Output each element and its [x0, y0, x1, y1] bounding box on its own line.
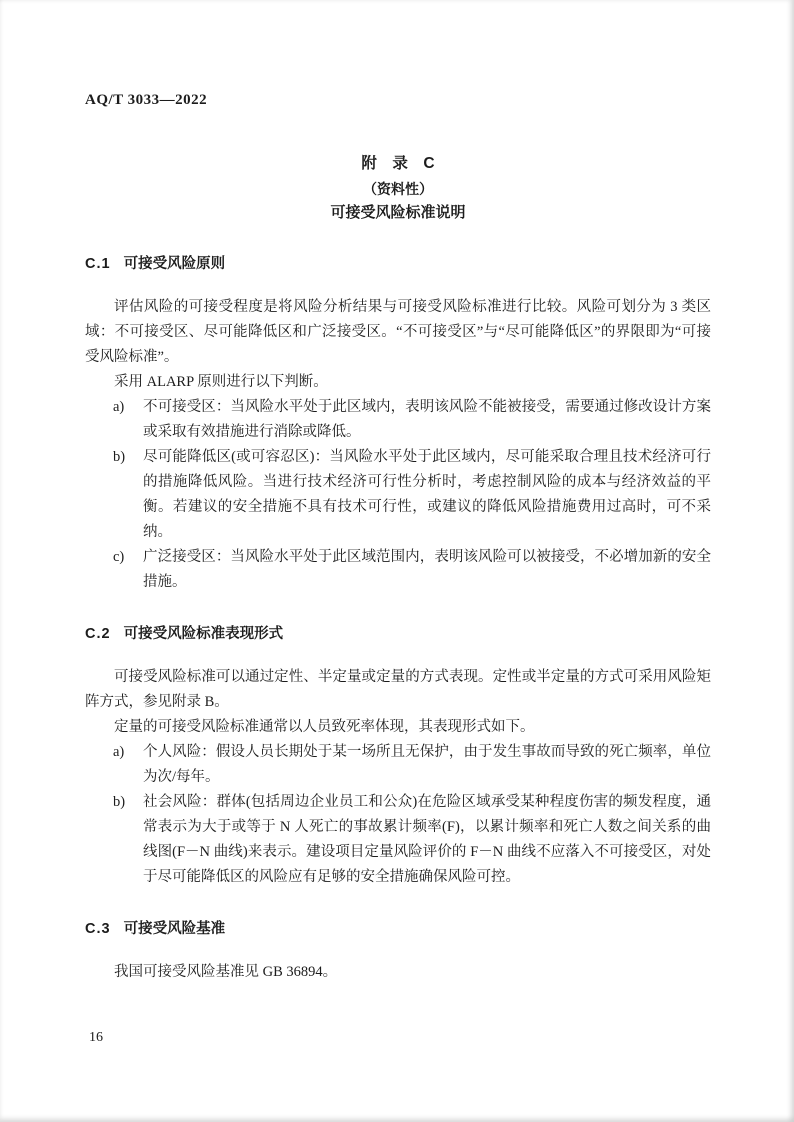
section-c2-heading: C.2可接受风险标准表现形式 [85, 625, 711, 643]
paragraph: 定量的可接受风险标准通常以人员致死率体现，其表现形式如下。 [85, 715, 711, 740]
paragraph: 可接受风险标准可以通过定性、半定量或定量的方式表现。定性或半定量的方式可采用风险… [85, 665, 711, 715]
list-marker: b) [113, 790, 125, 815]
list-item-text: 个人风险：假设人员长期处于某一场所且无保护，由于发生事故而导致的死亡频率，单位为… [143, 744, 711, 785]
section-c1: C.1可接受风险原则 评估风险的可接受程度是将风险分析结果与可接受风险标准进行比… [85, 255, 711, 595]
section-c3-heading: C.3可接受风险基准 [85, 920, 711, 938]
appendix-label: 附 录 C [85, 151, 711, 177]
list-item: b) 尽可能降低区(或可容忍区)：当风险水平处于此区域内，尽可能采取合理且技术经… [85, 445, 711, 545]
list-marker: b) [113, 445, 125, 470]
section-c1-heading: C.1可接受风险原则 [85, 255, 711, 273]
list-item-text: 尽可能降低区(或可容忍区)：当风险水平处于此区域内，尽可能采取合理且技术经济可行… [143, 449, 711, 540]
page-content: AQ/T 3033—2022 附 录 C （资料性） 可接受风险标准说明 C.1… [85, 0, 711, 985]
document-page: AQ/T 3033—2022 附 录 C （资料性） 可接受风险标准说明 C.1… [0, 0, 794, 1122]
list-item: a) 个人风险：假设人员长期处于某一场所且无保护，由于发生事故而导致的死亡频率，… [85, 740, 711, 790]
list-marker: a) [113, 395, 124, 420]
section-number: C.3 [85, 921, 111, 937]
list-item-text: 社会风险：群体(包括周边企业员工和公众)在危险区域承受某种程度伤害的频发程度，通… [143, 794, 711, 885]
section-number: C.2 [85, 626, 111, 642]
section-title: 可接受风险标准表现形式 [124, 626, 284, 642]
list-item: c) 广泛接受区：当风险水平处于此区域范围内，表明该风险可以被接受，不必增加新的… [85, 545, 711, 595]
list-item: a) 不可接受区：当风险水平处于此区域内，表明该风险不能被接受，需要通过修改设计… [85, 395, 711, 445]
standard-number-header: AQ/T 3033—2022 [85, 92, 711, 109]
list-item-text: 广泛接受区：当风险水平处于此区域范围内，表明该风险可以被接受，不必增加新的安全措… [143, 549, 711, 590]
section-title: 可接受风险基准 [124, 921, 226, 937]
paragraph: 评估风险的可接受程度是将风险分析结果与可接受风险标准进行比较。风险可划分为 3 … [85, 295, 711, 370]
list-item-text: 不可接受区：当风险水平处于此区域内，表明该风险不能被接受，需要通过修改设计方案或… [143, 399, 711, 440]
paragraph: 采用 ALARP 原则进行以下判断。 [85, 370, 711, 395]
section-number: C.1 [85, 256, 111, 272]
list-marker: a) [113, 740, 124, 765]
appendix-title: 可接受风险标准说明 [85, 201, 711, 225]
paragraph: 我国可接受风险基准见 GB 36894。 [85, 960, 711, 985]
list-marker: c) [113, 545, 124, 570]
page-number: 16 [89, 1030, 103, 1046]
section-title: 可接受风险原则 [124, 256, 226, 272]
section-c2: C.2可接受风险标准表现形式 可接受风险标准可以通过定性、半定量或定量的方式表现… [85, 625, 711, 890]
appendix-informative-tag: （资料性） [85, 177, 711, 201]
appendix-heading-block: 附 录 C （资料性） 可接受风险标准说明 [85, 151, 711, 225]
list-item: b) 社会风险：群体(包括周边企业员工和公众)在危险区域承受某种程度伤害的频发程… [85, 790, 711, 890]
section-c3: C.3可接受风险基准 我国可接受风险基准见 GB 36894。 [85, 920, 711, 985]
